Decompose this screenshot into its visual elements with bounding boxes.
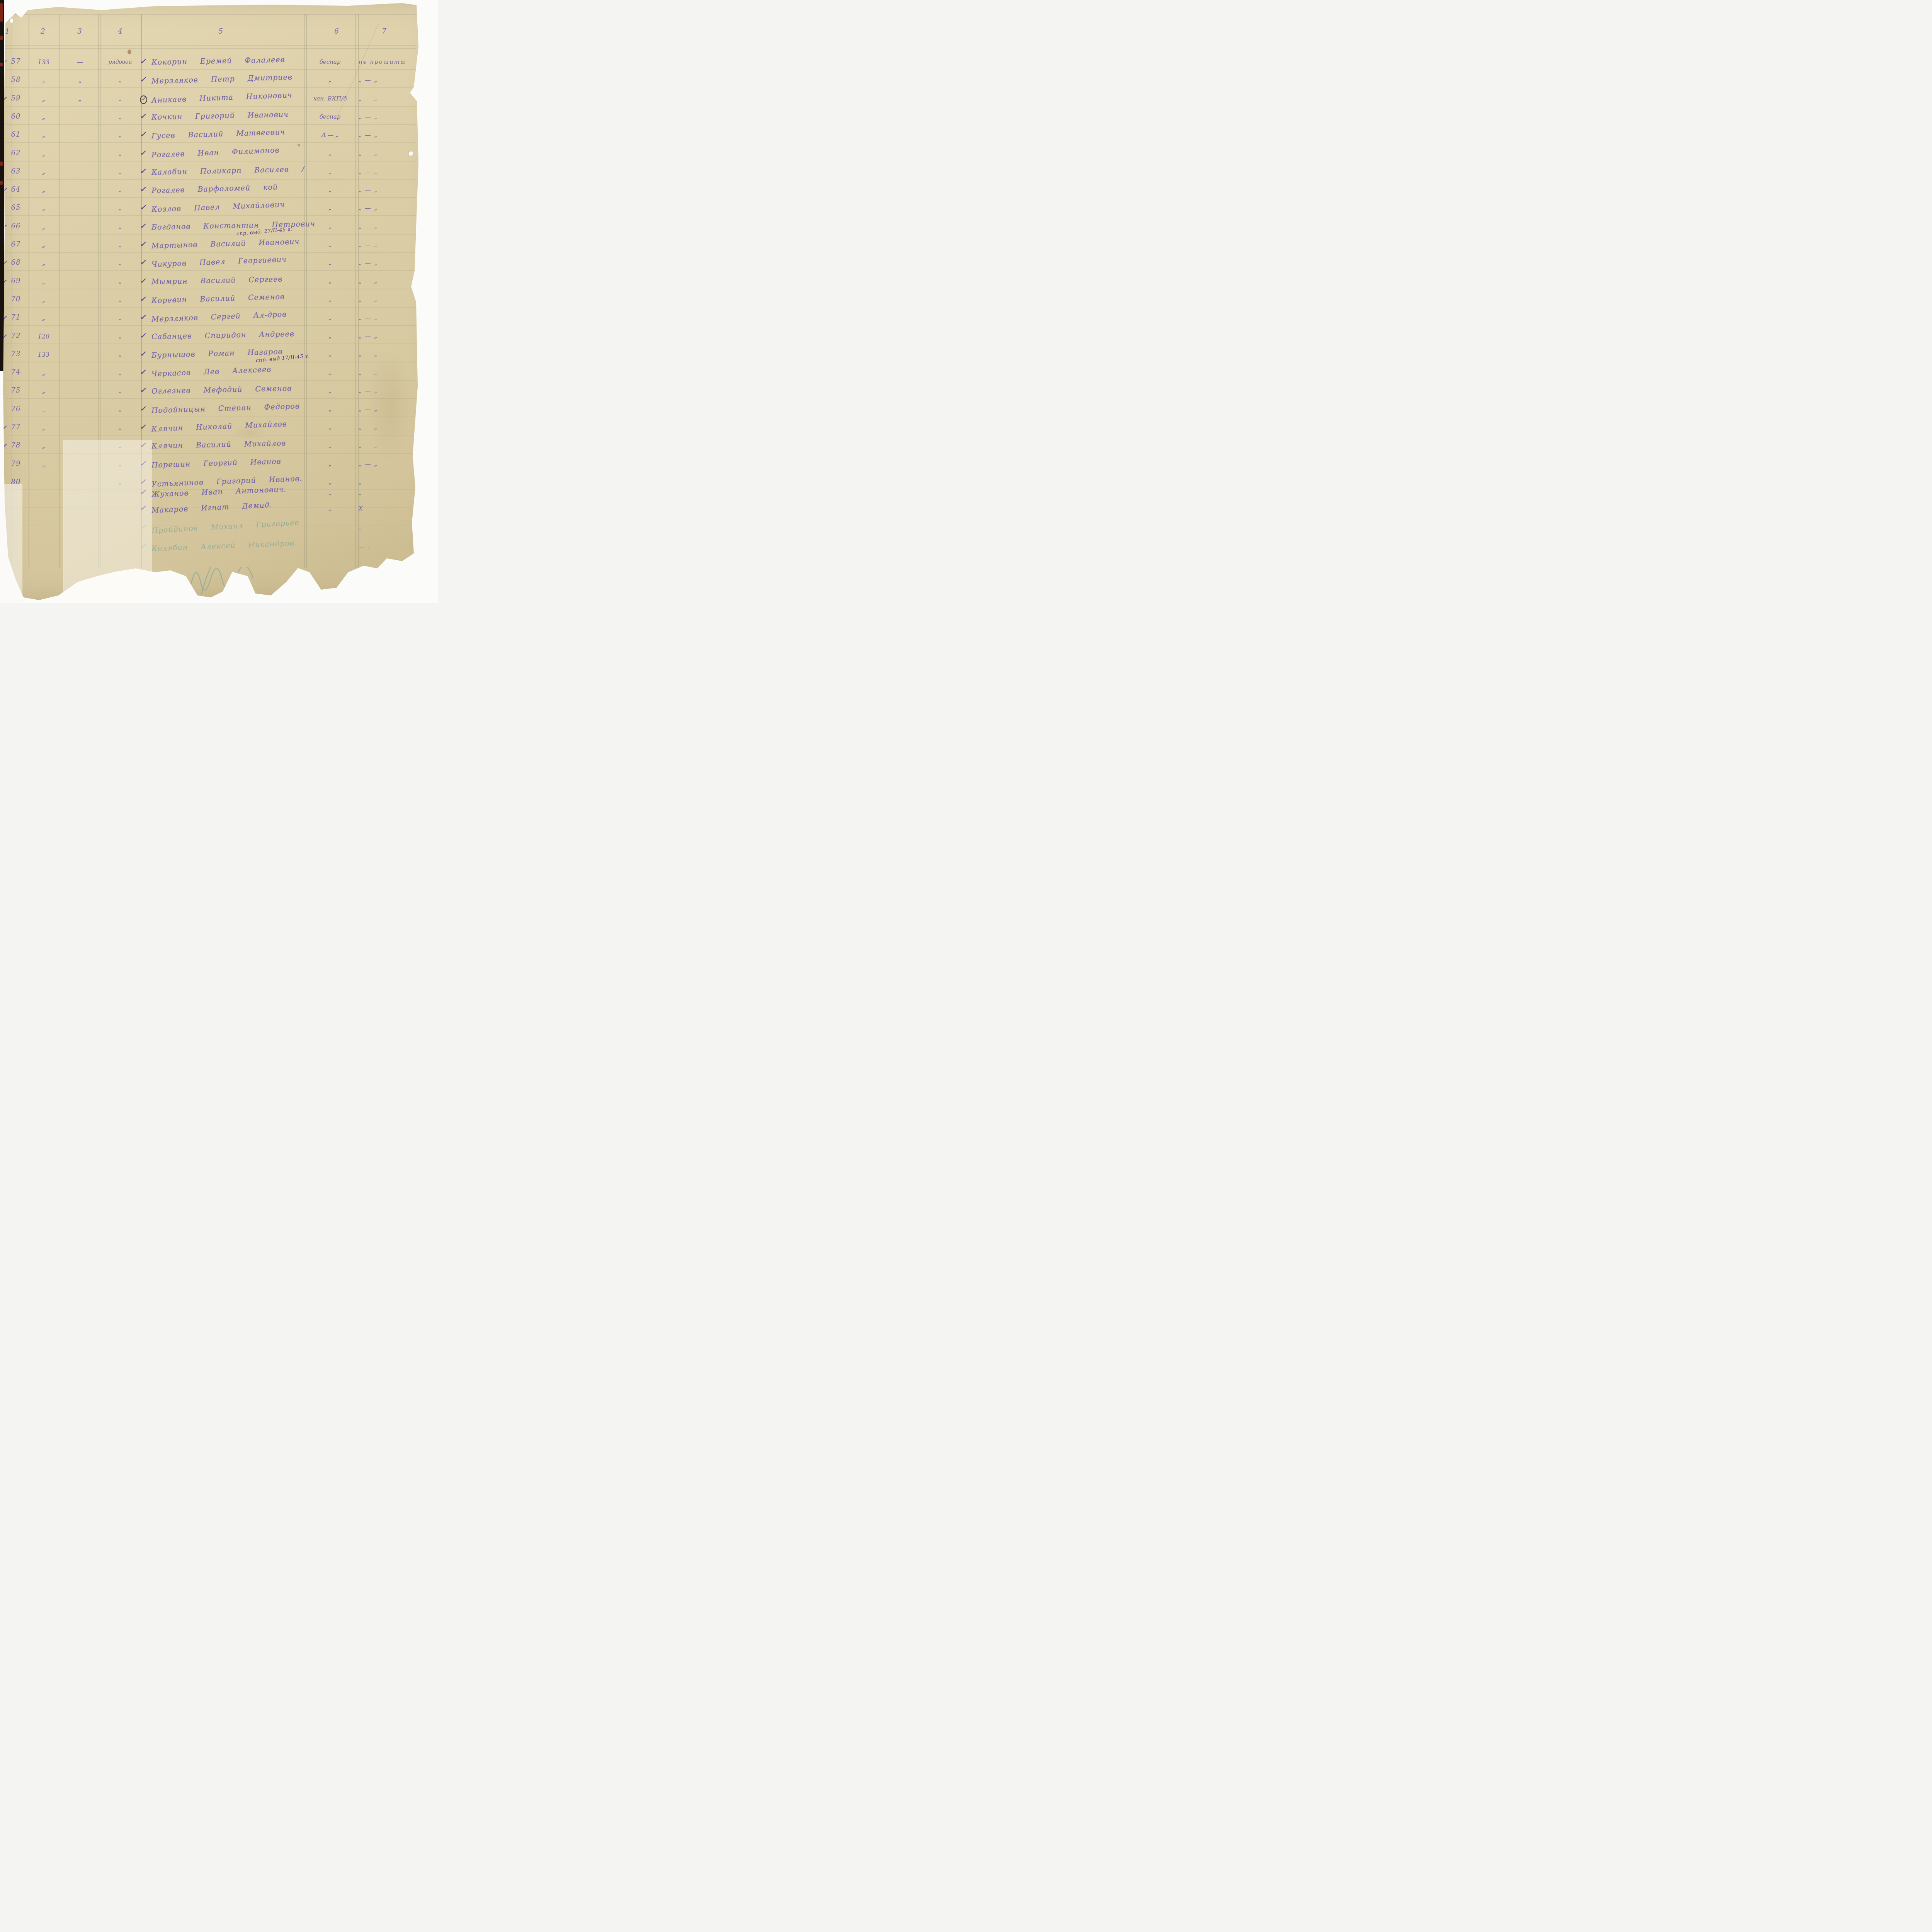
name-check-mark: ✓ — [140, 386, 146, 395]
team-number-cell: „ — [32, 424, 55, 431]
name-check-mark: ✓ — [140, 149, 146, 157]
row-number: 60 — [7, 112, 25, 121]
note-cell: — — [70, 58, 90, 66]
row-number: 64 — [7, 185, 25, 194]
team-number-cell: „ — [32, 406, 55, 413]
person-name: Колябин Алексей Никандров — [151, 539, 295, 553]
row-number: 72 — [7, 332, 25, 340]
column-header: 5 — [218, 27, 223, 36]
row-check-mark: ✓ — [1, 424, 7, 432]
name-check-mark: ✓ — [140, 203, 146, 212]
party-status-cell: „ — [306, 461, 354, 468]
rank-cell: рядовой — [101, 59, 139, 65]
name-check-mark: ✓ — [140, 405, 146, 413]
rank-cell: „ — [101, 96, 139, 102]
name-check-mark: ✓ — [140, 130, 146, 139]
rank-cell: „ — [101, 352, 139, 358]
party-status-cell: „ — [306, 351, 354, 358]
column-header: 2 — [41, 27, 45, 36]
team-number-cell: „ — [32, 314, 55, 321]
remark-cell: „ — [359, 524, 419, 531]
team-number-cell: 133 — [32, 58, 55, 66]
name-check-mark: ✓ — [140, 185, 146, 194]
edge-mark — [0, 36, 3, 40]
paper-hole — [408, 151, 413, 156]
column-header: 4 — [118, 27, 122, 36]
row-number: 75 — [7, 386, 25, 395]
rank-cell: „ — [101, 279, 139, 285]
remark-cell: Х — [359, 505, 419, 512]
team-number-cell: „ — [32, 387, 55, 395]
name-check-mark: ✓ — [140, 258, 146, 267]
party-status-cell: „ — [306, 204, 354, 211]
party-status-cell: „ — [306, 369, 354, 376]
remark-cell: „ — „ — [359, 424, 419, 431]
column-header: 3 — [77, 27, 82, 36]
party-status-cell: „ — [306, 424, 354, 431]
rank-cell: „ — [101, 169, 139, 175]
row-number: 63 — [7, 167, 25, 175]
party-status-cell: „ — [306, 406, 354, 413]
person-name: Рогалев Иван Филимонов — [151, 146, 280, 159]
team-number-cell: „ — [32, 241, 55, 248]
person-name: Калабин Поликарп Василев / — [151, 165, 305, 177]
name-check-mark: ✓ — [140, 350, 146, 358]
row-number: 69 — [7, 277, 25, 285]
tape-overlay — [0, 484, 22, 603]
rank-cell: „ — [101, 315, 139, 321]
rank-cell: „ — [101, 205, 139, 211]
row-number: 78 — [7, 441, 25, 449]
row-number: 65 — [7, 204, 25, 212]
person-name: Чикуров Павел Георгиевич — [151, 255, 287, 269]
remark-cell: „ — „ — [359, 387, 419, 394]
rank-cell: „ — [101, 425, 139, 431]
team-number-cell: „ — [32, 461, 55, 468]
remark-cell: „ — „ — [359, 461, 419, 468]
remark-cell: „ — „ — [359, 95, 419, 102]
person-name: Порешин Георгий Иванов — [151, 457, 281, 469]
remark-cell: „ — „ — [359, 186, 419, 193]
party-status-cell: „ — [306, 186, 354, 193]
scanner-backing — [0, 0, 4, 371]
rank-cell: „ — [101, 370, 139, 376]
party-status-cell: „ — [306, 168, 354, 175]
party-status-cell: „ — [306, 223, 354, 230]
name-check-mark: ✓ — [140, 332, 146, 340]
row-number: 66 — [7, 222, 25, 230]
row-number: 71 — [7, 313, 25, 321]
party-status-cell: „ — [306, 505, 354, 512]
party-status-cell: „ — [306, 150, 354, 157]
party-status-cell: „ — [306, 296, 354, 303]
person-name: Мерзляков Сергей Ал-дров — [151, 310, 287, 323]
party-status-cell: Λ — „ — [306, 131, 354, 138]
remark-cell: „ — „ — [359, 131, 419, 138]
row-number: 73 — [7, 350, 25, 358]
rank-cell: „ — [101, 260, 139, 266]
party-status-cell: „ — [306, 241, 354, 248]
scanned-document: 1234567 ✓57133—рядовой✓Кокорин Еремей Фа… — [0, 0, 438, 603]
person-name: Сабанцев Спиридон Андреев — [151, 330, 294, 341]
row-number: 68 — [7, 259, 25, 267]
name-check-mark: ✓ — [140, 112, 146, 121]
remark-cell: не прошиты — [359, 58, 419, 65]
team-number-cell: „ — [32, 150, 55, 157]
column-header: 7 — [382, 27, 386, 36]
person-name: Аникаев Никита Никонович — [151, 91, 293, 105]
person-name: Рогалев Варфоломей кой — [151, 183, 278, 195]
team-number-cell: „ — [32, 442, 55, 449]
row-number: 58 — [7, 76, 25, 84]
team-number-cell: „ — [32, 186, 55, 194]
person-name: Черкасов Лев Алексеев — [151, 365, 272, 378]
remark-cell: „ — „ — [359, 113, 419, 120]
remark-cell: „ — „ — [359, 314, 419, 321]
foxing-stain — [298, 144, 300, 146]
team-number-cell: „ — [32, 131, 55, 139]
row-number: 57 — [7, 58, 25, 66]
party-status-cell: „ — [306, 77, 354, 83]
team-number-cell: „ — [32, 95, 55, 102]
party-status-cell: „ — [306, 442, 354, 449]
remark-cell: „ — „ — [359, 406, 419, 413]
edge-mark — [0, 181, 3, 185]
remark-cell: „ — „ — [359, 241, 419, 248]
person-name: Подойницын Степан Федоров — [151, 402, 300, 415]
team-number-cell: „ — [32, 204, 55, 212]
remark-cell: „ — „ — [359, 351, 419, 358]
remark-cell: „ — „ — [359, 442, 419, 449]
name-check-mark: ✓ — [140, 277, 146, 285]
remark-cell: „ — „ — [359, 168, 419, 175]
team-number-cell: „ — [32, 296, 55, 303]
party-status-cell: „ — [306, 489, 354, 496]
column-header: 1 — [5, 27, 10, 36]
tape-overlay — [63, 440, 152, 603]
name-check-mark: ✓ — [140, 423, 146, 431]
party-status-cell: „ — [306, 479, 354, 486]
remark-cell: „ — „ — [359, 223, 419, 230]
person-name: Козлов Павел Михайлович — [151, 201, 285, 214]
person-name: Кокорин Еремей Фалалеев — [151, 55, 285, 66]
rank-cell: „ — [101, 406, 139, 413]
team-number-cell: „ — [32, 168, 55, 175]
name-check-mark: ✓ — [140, 240, 146, 248]
row-number: 67 — [7, 240, 25, 248]
team-number-cell: „ — [32, 223, 55, 230]
rank-cell: „ — [101, 77, 139, 83]
remark-cell: „ — [359, 489, 419, 496]
party-status-cell: кан. ВКП/б — [306, 95, 354, 102]
name-check-mark: ✓ — [140, 57, 146, 66]
edge-mark — [0, 162, 3, 166]
remark-cell: „ — „ — [359, 333, 419, 340]
remark-cell: „ — „ — [359, 77, 419, 83]
team-number-cell: 133 — [32, 351, 55, 358]
row-number: 62 — [7, 149, 25, 157]
remark-cell: „ — „ — [359, 259, 419, 266]
row-number: 59 — [7, 94, 25, 102]
remark-cell: „ — „ — [359, 369, 419, 376]
name-check-mark: ✓ — [140, 94, 148, 104]
edge-mark — [0, 63, 3, 66]
edge-mark — [0, 3, 3, 22]
note-cell: „ — [70, 77, 90, 84]
name-check-mark: ✓ — [140, 75, 146, 84]
team-number-cell: „ — [32, 113, 55, 121]
team-number-cell: „ — [32, 369, 55, 376]
party-status-cell: „ — [306, 259, 354, 266]
name-check-mark: ✓ — [140, 167, 146, 175]
name-check-mark: ✓ — [140, 295, 146, 303]
party-status-cell: беспар — [306, 58, 354, 65]
row-number: 74 — [7, 368, 25, 376]
person-name: Гусев Василий Матвеевич — [151, 128, 285, 140]
paper-hole — [9, 18, 13, 23]
name-check-mark: ✓ — [140, 222, 146, 230]
rank-cell: „ — [101, 297, 139, 303]
person-name: Мерзляков Петр Дмитриев — [151, 73, 293, 86]
foxing-stain — [128, 49, 131, 54]
remark-cell: „ — „ — [359, 204, 419, 211]
row-number: 79 — [7, 460, 25, 468]
person-name: Оглезнев Мефодий Семенов — [151, 384, 292, 396]
rank-cell: „ — [101, 187, 139, 193]
row-number: 61 — [7, 131, 25, 139]
signature-scribble — [164, 567, 257, 598]
column-header: 6 — [334, 27, 339, 36]
rank-cell: „ — [101, 114, 139, 120]
remark-cell: „ — [359, 479, 419, 486]
team-number-cell: 120 — [32, 333, 55, 340]
party-status-cell: „ — [306, 333, 354, 340]
remark-cell: „ — „ — [359, 296, 419, 303]
team-number-cell: „ — [32, 259, 55, 267]
rank-cell: „ — [101, 151, 139, 157]
person-name: Клячин Николай Михайлов — [151, 420, 287, 433]
person-name: Мартынов Василий Иванович — [151, 237, 300, 250]
person-name: Коревин Василий Семенов — [151, 293, 285, 305]
person-name: Макаров Игнат Демид. — [151, 501, 273, 515]
party-status-cell: „ — [306, 387, 354, 394]
party-status-cell: „ — [306, 278, 354, 285]
rank-cell: „ — [101, 333, 139, 340]
rank-cell: „ — [101, 388, 139, 394]
party-status-cell: „ — [306, 314, 354, 321]
row-number: 70 — [7, 295, 25, 303]
party-status-cell: беспар — [306, 113, 354, 120]
person-name: Кочкин Григорий Иванович — [151, 110, 289, 121]
name-check-mark: ✓ — [140, 313, 146, 321]
remark-cell: „ — „ — [359, 278, 419, 285]
person-name: Мымрин Василий Сергеев — [151, 275, 283, 286]
person-name: Пройдинов Михаил Григорьев — [151, 518, 299, 535]
rank-cell: „ — [101, 224, 139, 230]
row-check-mark: ✓ — [1, 442, 7, 451]
name-check-mark: ✓ — [140, 368, 146, 376]
team-number-cell: „ — [32, 77, 55, 84]
rank-cell: „ — [101, 242, 139, 248]
remark-cell: — . — [359, 543, 419, 550]
note-cell: „ — [70, 95, 90, 102]
rank-cell: „ — [101, 132, 139, 138]
person-name: Клячин Василий Михайлов — [151, 439, 286, 451]
row-number: 77 — [7, 423, 25, 431]
team-number-cell: „ — [32, 278, 55, 285]
row-number: 76 — [7, 405, 25, 413]
